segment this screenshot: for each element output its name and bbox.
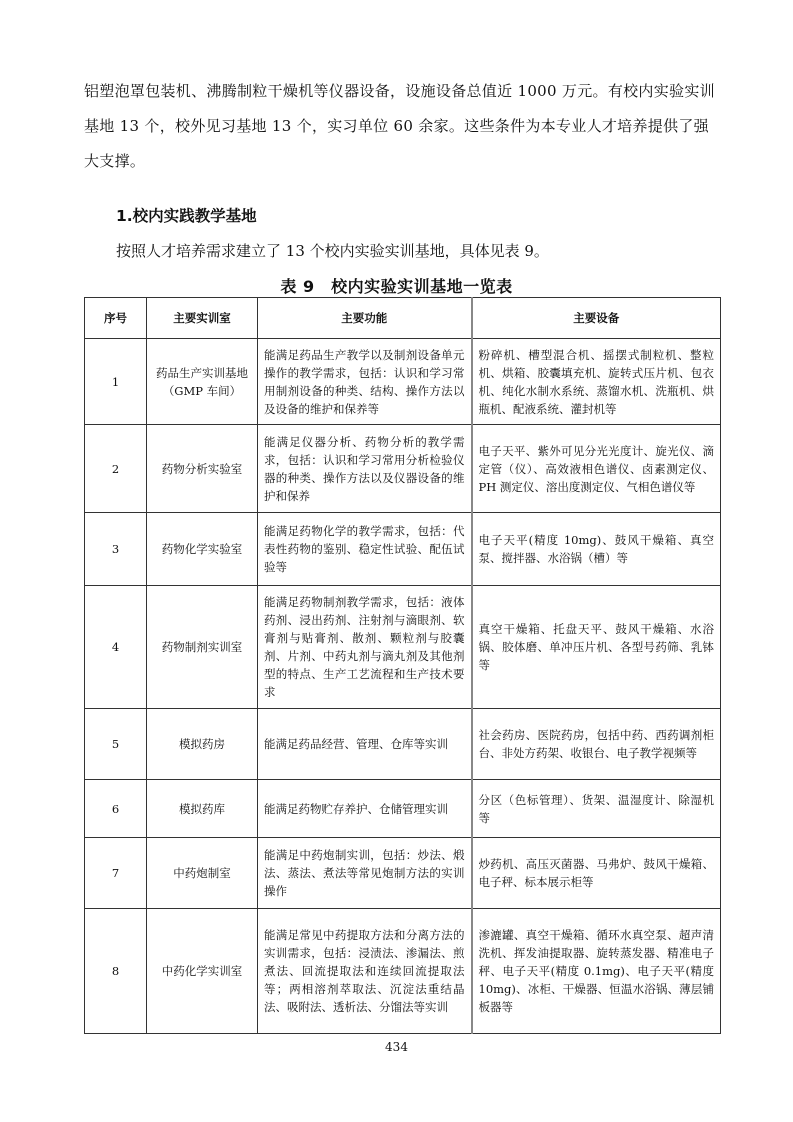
cell-no: 5 [85, 709, 147, 780]
table-header-row: 序号 主要实训室 主要功能 主要设备 [85, 298, 721, 339]
cell-room: 药物分析实验室 [147, 425, 258, 513]
cell-equipment: 渗漉罐、真空干燥箱、循环水真空泵、超声清洗机、挥发油提取器、旋转蒸发器、精准电子… [472, 909, 721, 1034]
cell-no: 4 [85, 586, 147, 709]
cell-room: 中药化学实训室 [147, 909, 258, 1034]
training-base-table: 序号 主要实训室 主要功能 主要设备 1 药品生产实训基地（GMP 车间） 能满… [84, 297, 721, 1034]
cell-room: 模拟药房 [147, 709, 258, 780]
table-row: 1 药品生产实训基地（GMP 车间） 能满足药品生产教学以及制剂设备单元操作的教… [85, 339, 721, 425]
cell-function: 能满足药品经营、管理、仓库等实训 [258, 709, 472, 780]
cell-function: 能满足药物制剂教学需求，包括：液体药剂、浸出药剂、注射剂与滴眼剂、软膏剂与贴膏剂… [258, 586, 472, 709]
cell-equipment: 电子天平、紫外可见分光光度计、旋光仪、滴定管（仪）、高效液相色谱仪、卤素测定仪、… [472, 425, 721, 513]
cell-function: 能满足仪器分析、药物分析的教学需求，包括：认识和学习常用分析检验仪器的种类、操作… [258, 425, 472, 513]
cell-room: 药物化学实验室 [147, 513, 258, 586]
cell-room: 中药炮制室 [147, 838, 258, 909]
cell-room: 药物制剂实训室 [147, 586, 258, 709]
cell-no: 6 [85, 780, 147, 838]
table-row: 2 药物分析实验室 能满足仪器分析、药物分析的教学需求，包括：认识和学习常用分析… [85, 425, 721, 513]
page-number: 434 [0, 1040, 793, 1054]
cell-no: 2 [85, 425, 147, 513]
table-row: 7 中药炮制室 能满足中药炮制实训，包括：炒法、煅法、蒸法、煮法等常见炮制方法的… [85, 838, 721, 909]
cell-equipment: 真空干燥箱、托盘天平、鼓风干燥箱、水浴锅、胶体磨、单冲压片机、各型号药筛、乳钵等 [472, 586, 721, 709]
header-room: 主要实训室 [147, 298, 258, 339]
table-row: 5 模拟药房 能满足药品经营、管理、仓库等实训 社会药房、医院药房，包括中药、西… [85, 709, 721, 780]
cell-room: 药品生产实训基地（GMP 车间） [147, 339, 258, 425]
table-row: 3 药物化学实验室 能满足药物化学的教学需求，包括：代表性药物的鉴别、稳定性试验… [85, 513, 721, 586]
cell-no: 8 [85, 909, 147, 1034]
section-paragraph: 按照人才培养需求建立了 13 个校内实验实训基地，具体见表 9。 [116, 240, 549, 261]
table-row: 4 药物制剂实训室 能满足药物制剂教学需求，包括：液体药剂、浸出药剂、注射剂与滴… [85, 586, 721, 709]
cell-room: 模拟药库 [147, 780, 258, 838]
cell-function: 能满足中药炮制实训，包括：炒法、煅法、蒸法、煮法等常见炮制方法的实训操作 [258, 838, 472, 909]
cell-no: 7 [85, 838, 147, 909]
cell-function: 能满足药物化学的教学需求，包括：代表性药物的鉴别、稳定性试验、配伍试验等 [258, 513, 472, 586]
cell-function: 能满足药物贮存养护、仓储管理实训 [258, 780, 472, 838]
table-row: 6 模拟药库 能满足药物贮存养护、仓储管理实训 分区（色标管理）、货架、温湿度计… [85, 780, 721, 838]
table-caption: 表 9 校内实验实训基地一览表 [0, 274, 793, 297]
header-equipment: 主要设备 [472, 298, 721, 339]
header-function: 主要功能 [258, 298, 472, 339]
cell-equipment: 分区（色标管理）、货架、温湿度计、除湿机等 [472, 780, 721, 838]
cell-function: 能满足药品生产教学以及制剂设备单元操作的教学需求，包括：认识和学习常用制剂设备的… [258, 339, 472, 425]
section-heading: 1.校内实践教学基地 [116, 204, 257, 226]
table-row: 8 中药化学实训室 能满足常见中药提取方法和分离方法的实训需求，包括：浸渍法、渗… [85, 909, 721, 1034]
cell-equipment: 电子天平(精度 10mg)、鼓风干燥箱、真空泵、搅拌器、水浴锅（槽）等 [472, 513, 721, 586]
cell-no: 1 [85, 339, 147, 425]
intro-paragraph: 铝塑泡罩包装机、沸腾制粒干燥机等仪器设备，设施设备总值近 1000 万元。有校内… [84, 74, 720, 179]
cell-equipment: 粉碎机、槽型混合机、摇摆式制粒机、整粒机、烘箱、胶囊填充机、旋转式压片机、包衣机… [472, 339, 721, 425]
cell-equipment: 炒药机、高压灭菌器、马弗炉、鼓风干燥箱、电子秤、标本展示柜等 [472, 838, 721, 909]
header-no: 序号 [85, 298, 147, 339]
cell-function: 能满足常见中药提取方法和分离方法的实训需求，包括：浸渍法、渗漏法、煎煮法、回流提… [258, 909, 472, 1034]
cell-no: 3 [85, 513, 147, 586]
cell-equipment: 社会药房、医院药房，包括中药、西药调剂柜台、非处方药架、收银台、电子教学视频等 [472, 709, 721, 780]
